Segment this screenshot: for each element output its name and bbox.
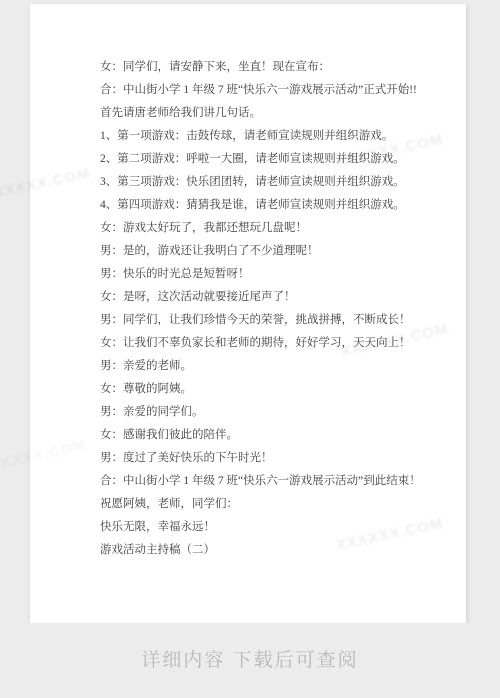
text-line: 合：中山街小学 1 年级 7 班“快乐六一游戏展示活动”到此结束！ — [100, 470, 452, 493]
document-lines: 女：同学们，请安静下来，坐直！现在宣布：合：中山街小学 1 年级 7 班“快乐六… — [100, 56, 452, 562]
text-line: 快乐无限，幸福永远！ — [100, 516, 452, 539]
text-line: 女：尊敬的阿姨。 — [100, 378, 452, 401]
footer-caption: 详细内容 下载后可查阅 — [0, 645, 500, 672]
watermark-text: XXXXXX.COM — [0, 165, 92, 204]
text-line: 女：感谢我们彼此的陪伴。 — [100, 424, 452, 447]
text-line: 3、第三项游戏：快乐团团转，请老师宣读规则并组织游戏。 — [100, 171, 452, 194]
text-line: 祝愿阿姨，老师，同学们： — [100, 493, 452, 516]
footer-bar: 详细内容 下载后可查阅 — [0, 623, 500, 698]
text-line: 男：是的，游戏还让我明白了不少道理呢！ — [100, 240, 452, 263]
text-line: 1、第一项游戏：击鼓传球，请老师宣读规则并组织游戏。 — [100, 125, 452, 148]
text-line: 4、第四项游戏：猜猜我是谁，请老师宣读规则并组织游戏。 — [100, 194, 452, 217]
text-line: 2、第二项游戏：呼啦一大圈，请老师宣读规则并组织游戏。 — [100, 148, 452, 171]
watermark-text: XXXXXX.COM — [0, 437, 88, 476]
text-line: 男：亲爱的同学们。 — [100, 401, 452, 424]
text-line: 男：同学们，让我们珍惜今天的荣誉，挑战拼搏，不断成长！ — [100, 309, 452, 332]
text-line: 游戏活动主持稿（二） — [100, 539, 452, 562]
text-line: 女：是呀，这次活动就要接近尾声了！ — [100, 286, 452, 309]
text-line: 男：快乐的时光总是短暂呀！ — [100, 263, 452, 286]
preview-screen: { "document": { "lines": [ "女：同学们，请安静下来，… — [0, 0, 500, 698]
document-page: 女：同学们，请安静下来，坐直！现在宣布：合：中山街小学 1 年级 7 班“快乐六… — [30, 4, 466, 623]
text-line: 首先请唐老师给我们讲几句话。 — [100, 102, 452, 125]
text-line: 女：让我们不辜负家长和老师的期待，好好学习，天天向上！ — [100, 332, 452, 355]
text-line: 男：亲爱的老师。 — [100, 355, 452, 378]
text-line: 女：游戏太好玩了，我都还想玩几盘呢！ — [100, 217, 452, 240]
text-line: 合：中山街小学 1 年级 7 班“快乐六一游戏展示活动”正式开始!! — [100, 79, 452, 102]
text-line: 女：同学们，请安静下来，坐直！现在宣布： — [100, 56, 452, 79]
text-line: 男：度过了美好快乐的下午时光！ — [100, 447, 452, 470]
